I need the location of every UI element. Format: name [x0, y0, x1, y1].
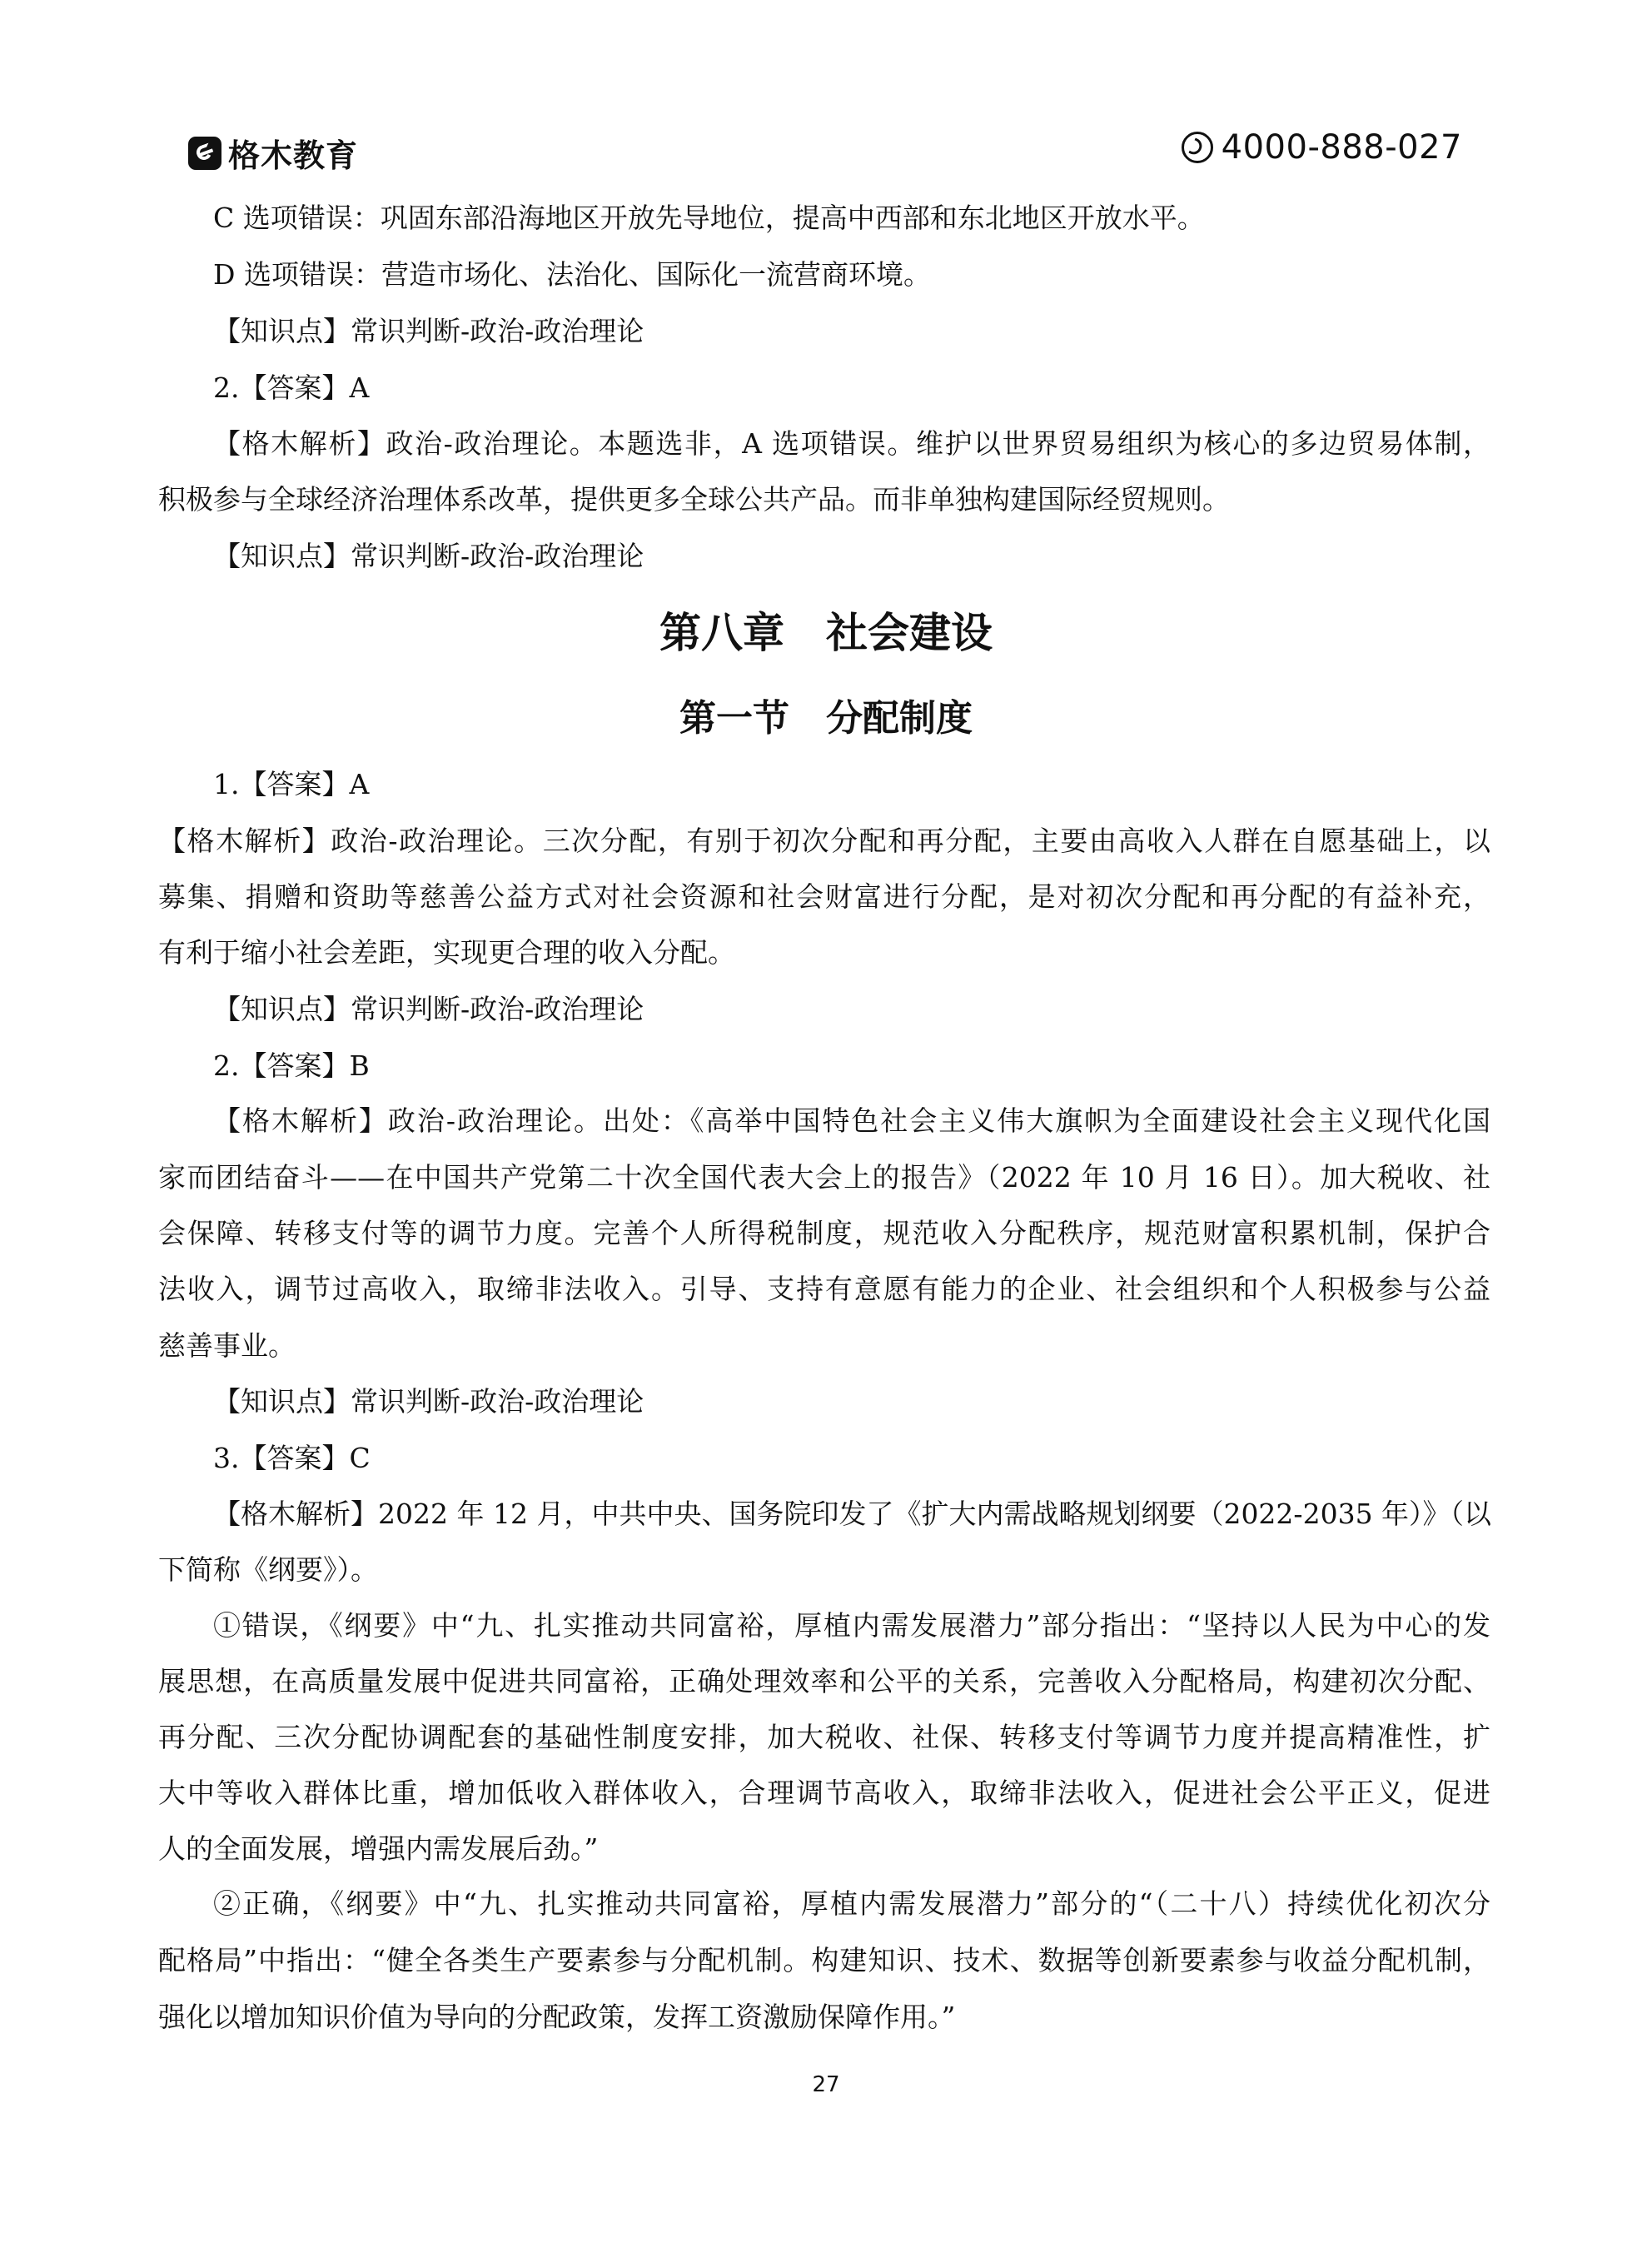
- point-1-line: ①错误，《纲要》中“九、扎实推动共同富裕，厚植内需发展潜力”部分指出：“坚持以人…: [213, 1607, 1490, 1644]
- hotline: 4000-888-027: [1182, 128, 1462, 167]
- answer-label: 2.【答案】B: [213, 1048, 1490, 1084]
- page-number: 27: [0, 2072, 1652, 2097]
- analysis-line: 【格木解析】政治-政治理论。本题选非，A 选项错误。维护以世界贸易组织为核心的多…: [213, 426, 1490, 462]
- analysis-line: 有利于缩小社会差距，实现更合理的收入分配。: [158, 935, 1490, 971]
- point-1-line: 大中等收入群体比重，增加低收入群体收入，合理调节高收入，取缔非法收入，促进社会公…: [158, 1775, 1490, 1812]
- knowledge-point: 【知识点】常识判断-政治-政治理论: [213, 538, 1490, 575]
- page-header: 格木教育 4000-888-027: [188, 127, 1462, 180]
- phone-icon: [1182, 132, 1213, 163]
- brand-name: 格木教育: [228, 130, 358, 176]
- option-c-explanation: C 选项错误：巩固东部沿海地区开放先导地位，提高中西部和东北地区开放水平。: [213, 200, 1490, 237]
- answer-label: 3.【答案】C: [213, 1440, 1490, 1477]
- point-1-line: 展思想，在高质量发展中促进共同富裕，正确处理效率和公平的关系，完善收入分配格局，…: [158, 1663, 1490, 1700]
- analysis-line: 家而团结奋斗——在中国共产党第二十次全国代表大会上的报告》（2022 年 10 …: [158, 1159, 1490, 1196]
- point-2-line: 配格局”中指出：“健全各类生产要素参与分配机制。构建知识、技术、数据等创新要素参…: [158, 1942, 1490, 1979]
- section-title: 第一节 分配制度: [0, 688, 1652, 741]
- analysis-line: 【格木解析】政治-政治理论。三次分配，有别于初次分配和再分配，主要由高收入人群在…: [158, 823, 1490, 860]
- analysis-line: 会保障、转移支付等的调节力度。完善个人所得税制度，规范收入分配秩序，规范财富积累…: [158, 1215, 1490, 1252]
- analysis-line: 法收入，调节过高收入，取缔非法收入。引导、支持有意愿有能力的企业、社会组织和个人…: [158, 1271, 1490, 1308]
- brand-logo-icon: [188, 137, 221, 170]
- knowledge-point: 【知识点】常识判断-政治-政治理论: [213, 1383, 1490, 1420]
- point-1-line: 再分配、三次分配协调配套的基础性制度安排，加大税收、社保、转移支付等调节力度并提…: [158, 1719, 1490, 1756]
- analysis-line: 募集、捐赠和资助等慈善公益方式对社会资源和社会财富进行分配，是对初次分配和再分配…: [158, 879, 1490, 915]
- analysis-line: 下简称《纲要》）。: [158, 1552, 1490, 1588]
- brand-logo: 格木教育: [188, 130, 358, 176]
- option-d-explanation: D 选项错误：营造市场化、法治化、国际化一流营商环境。: [213, 257, 1490, 293]
- analysis-line: 【格木解析】政治-政治理论。出处：《高举中国特色社会主义伟大旗帜为全面建设社会主…: [213, 1103, 1490, 1139]
- analysis-line: 【格木解析】2022 年 12 月，中共中央、国务院印发了《扩大内需战略规划纲要…: [213, 1496, 1490, 1533]
- point-2-line: ②正确，《纲要》中“九、扎实推动共同富裕，厚植内需发展潜力”部分的“（二十八）持…: [213, 1886, 1490, 1922]
- analysis-line: 慈善事业。: [158, 1328, 1490, 1364]
- point-1-line: 人的全面发展，增强内需发展后劲。”: [158, 1831, 1490, 1867]
- analysis-line: 积极参与全球经济治理体系改革，提供更多全球公共产品。而非单独构建国际经贸规则。: [158, 481, 1490, 518]
- knowledge-point: 【知识点】常识判断-政治-政治理论: [213, 991, 1490, 1028]
- chapter-title: 第八章 社会建设: [0, 600, 1652, 660]
- answer-label: 2.【答案】A: [213, 370, 1490, 406]
- answer-label: 1.【答案】A: [213, 766, 1490, 803]
- knowledge-point: 【知识点】常识判断-政治-政治理论: [213, 313, 1490, 350]
- hotline-number: 4000-888-027: [1222, 128, 1462, 167]
- point-2-line: 强化以增加知识价值为导向的分配政策，发挥工资激励保障作用。”: [158, 1999, 1490, 2036]
